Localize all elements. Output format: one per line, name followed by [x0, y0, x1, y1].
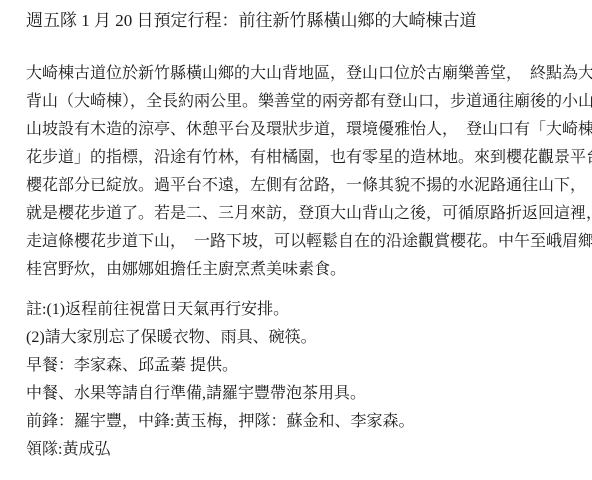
note-remark-1: 註:(1)返程前往視當日天氣再行安排。	[26, 296, 574, 324]
note-breakfast: 早餐：李家森、邱孟蓁 提供。	[26, 352, 574, 380]
document-title: 週五隊 1 月 20 日預定行程：前往新竹縣橫山鄉的大崎棟古道	[26, 7, 574, 35]
paragraph-line: 走這條櫻花步道下山， 一路下坡，可以輕鬆自在的沿途觀賞櫻花。中午至峨眉鄉丹	[26, 228, 574, 256]
paragraph-line: 就是櫻花步道了。若是二、三月來訪，登頂大山背山之後，可循原路折返回這裡，再	[26, 200, 574, 228]
note-remark-2: (2)請大家別忘了保暖衣物、雨具、碗筷。	[26, 324, 574, 352]
note-roles: 前鋒：羅宇豐，中鋒:黃玉梅，押隊：蘇金和、李家森。	[26, 408, 574, 436]
paragraph-line: 桂宮野炊，由娜娜姐擔任主廚烹煮美味素食。	[26, 256, 574, 284]
note-lunch: 中餐、水果等請自行準備,請羅宇豐帶泡茶用具。	[26, 380, 574, 408]
paragraph-line: 櫻花部分已綻放。過平台不遠，左側有岔路，一條其貌不揚的水泥路通往山下， 這	[26, 172, 574, 200]
paragraph-line: 背山（大崎棟），全長約兩公里。樂善堂的兩旁都有登山口，步道通往廟後的小山坡，	[26, 88, 574, 116]
note-leader: 領隊:黃成弘	[26, 436, 574, 464]
document-page: 週五隊 1 月 20 日預定行程：前往新竹縣橫山鄉的大崎棟古道 大崎棟古道位於新…	[0, 0, 592, 480]
paragraph-line: 花步道」的指標，沿途有竹林，有柑橘園，也有零星的造林地。來到櫻花觀景平台，	[26, 144, 574, 172]
paragraph-line: 大崎棟古道位於新竹縣橫山鄉的大山背地區，登山口位於古廟樂善堂， 終點為大山	[26, 60, 574, 88]
trail-description-paragraph: 大崎棟古道位於新竹縣橫山鄉的大山背地區，登山口位於古廟樂善堂， 終點為大山 背山…	[26, 60, 574, 284]
paragraph-line: 山坡設有木造的涼亭、休憩平台及環狀步道，環境優雅怡人， 登山口有「大崎棟桐	[26, 116, 574, 144]
notes-section: 註:(1)返程前往視當日天氣再行安排。 (2)請大家別忘了保暖衣物、雨具、碗筷。…	[26, 296, 574, 464]
